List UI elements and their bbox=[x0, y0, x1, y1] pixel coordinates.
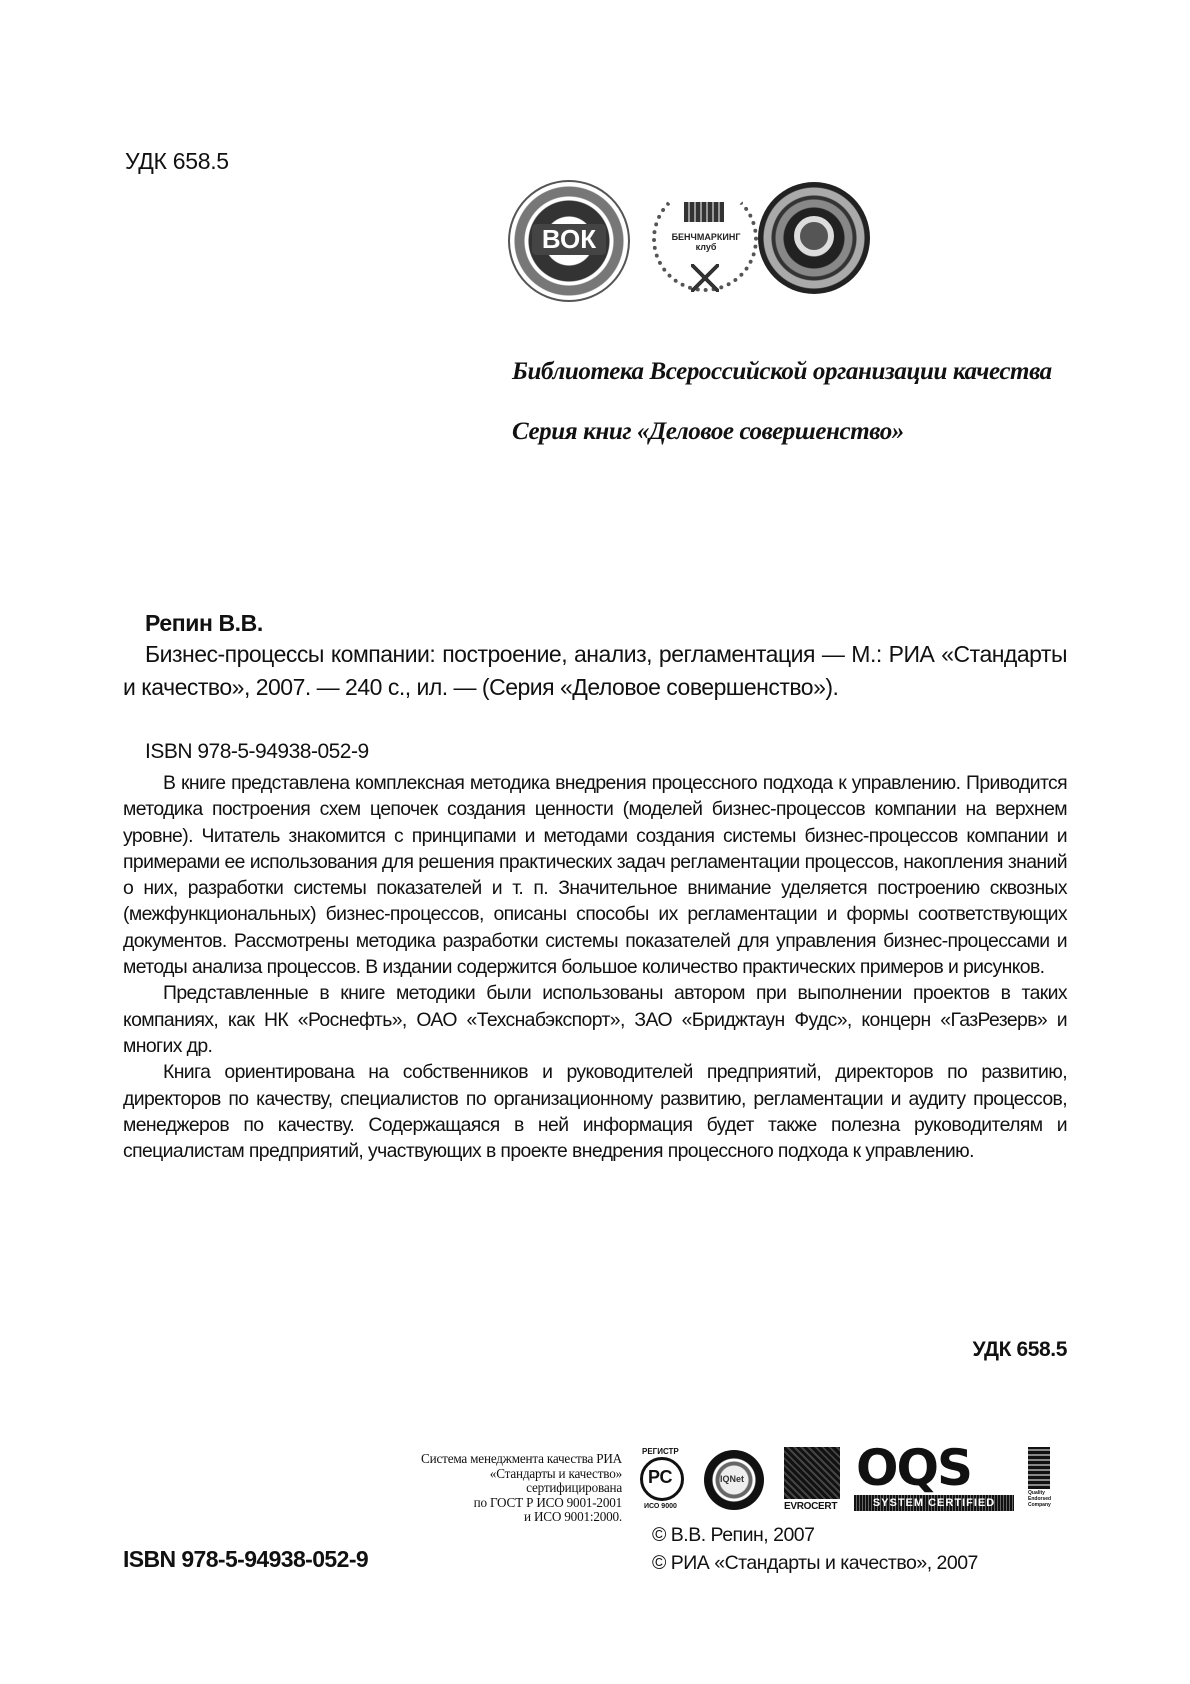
evrocert-logo-icon: EVROCERT bbox=[784, 1447, 840, 1513]
cert-line: «Стандарты и качество» bbox=[330, 1467, 622, 1482]
certification-statement: Система менеджмента качества РИА «Станда… bbox=[330, 1452, 622, 1525]
iqnet-certified-logo-icon: IQNet bbox=[704, 1450, 764, 1510]
quality-seal-logo-icon bbox=[758, 182, 870, 294]
copyright-author: © В.В. Репин, 2007 bbox=[652, 1524, 814, 1547]
quality-endorsed-logo-icon: Quality Endorsed Company bbox=[1028, 1447, 1054, 1513]
isbn-line: ISBN 978-5-94938-052-9 bbox=[145, 740, 369, 764]
vok-logo-icon: ВОК bbox=[508, 180, 630, 302]
udk-code-top: УДК 658.5 bbox=[125, 148, 229, 175]
building-icon bbox=[684, 202, 724, 222]
rs-top-text: РЕГИСТР bbox=[642, 1447, 679, 1456]
oqs-text: OQS bbox=[856, 1439, 971, 1497]
quality-endorsed-text: Quality Endorsed Company bbox=[1028, 1490, 1054, 1508]
evrocert-stars-icon bbox=[784, 1447, 840, 1499]
certification-logos: РЕГИСТР РС ИСО 9000 IQNet EVROCERT OQS S… bbox=[636, 1447, 1056, 1517]
cert-line: и ИСО 9001:2000. bbox=[330, 1510, 622, 1525]
cert-line: по ГОСТ Р ИСО 9001-2001 bbox=[330, 1496, 622, 1511]
copyright-publisher: © РИА «Стандарты и качество», 2007 bbox=[652, 1552, 978, 1575]
oqs-logo-icon: OQS SYSTEM CERTIFIED bbox=[854, 1447, 1018, 1513]
author-name: Репин В.В. bbox=[145, 610, 263, 637]
quality-checks-icon bbox=[1028, 1447, 1050, 1489]
benchmarking-club-logo-icon: БЕНЧМАРКИНГ клуб bbox=[646, 180, 764, 298]
iqnet-text: IQNet bbox=[720, 1474, 744, 1484]
library-series-title: Библиотека Всероссийской организации кач… bbox=[512, 358, 1052, 386]
benchmarking-logo-text: БЕНЧМАРКИНГ клуб bbox=[664, 232, 748, 252]
abstract-paragraph: Книга ориентирована на собственников и р… bbox=[123, 1059, 1067, 1164]
cert-line: сертифицирована bbox=[330, 1481, 622, 1496]
book-series-title: Серия книг «Деловое совершенство» bbox=[512, 418, 904, 446]
abstract-paragraph: Представленные в книге методики были исп… bbox=[123, 980, 1067, 1059]
oqs-band-text: SYSTEM CERTIFIED bbox=[854, 1495, 1014, 1511]
seal-emblem-icon bbox=[794, 216, 834, 256]
publisher-logos: ВОК БЕНЧМАРКИНГ клуб bbox=[508, 180, 908, 300]
vok-logo-text: ВОК bbox=[532, 224, 606, 255]
cert-line: Система менеджмента качества РИА bbox=[330, 1452, 622, 1467]
bibliographic-entry: Бизнес-процессы компании: построение, ан… bbox=[123, 638, 1067, 704]
isbn-bottom: ISBN 978-5-94938-052-9 bbox=[123, 1546, 368, 1573]
rs-mark-text: РС bbox=[648, 1467, 673, 1488]
crossed-branches-icon bbox=[691, 264, 719, 292]
abstract-paragraph: В книге представлена комплексная методик… bbox=[123, 770, 1067, 980]
rs-bottom-text: ИСО 9000 bbox=[644, 1503, 677, 1510]
book-abstract: В книге представлена комплексная методик… bbox=[123, 770, 1067, 1164]
evrocert-text: EVROCERT bbox=[784, 1501, 837, 1512]
udk-code-bottom: УДК 658.5 bbox=[972, 1338, 1067, 1362]
register-rs-logo-icon: РЕГИСТР РС ИСО 9000 bbox=[636, 1447, 692, 1513]
